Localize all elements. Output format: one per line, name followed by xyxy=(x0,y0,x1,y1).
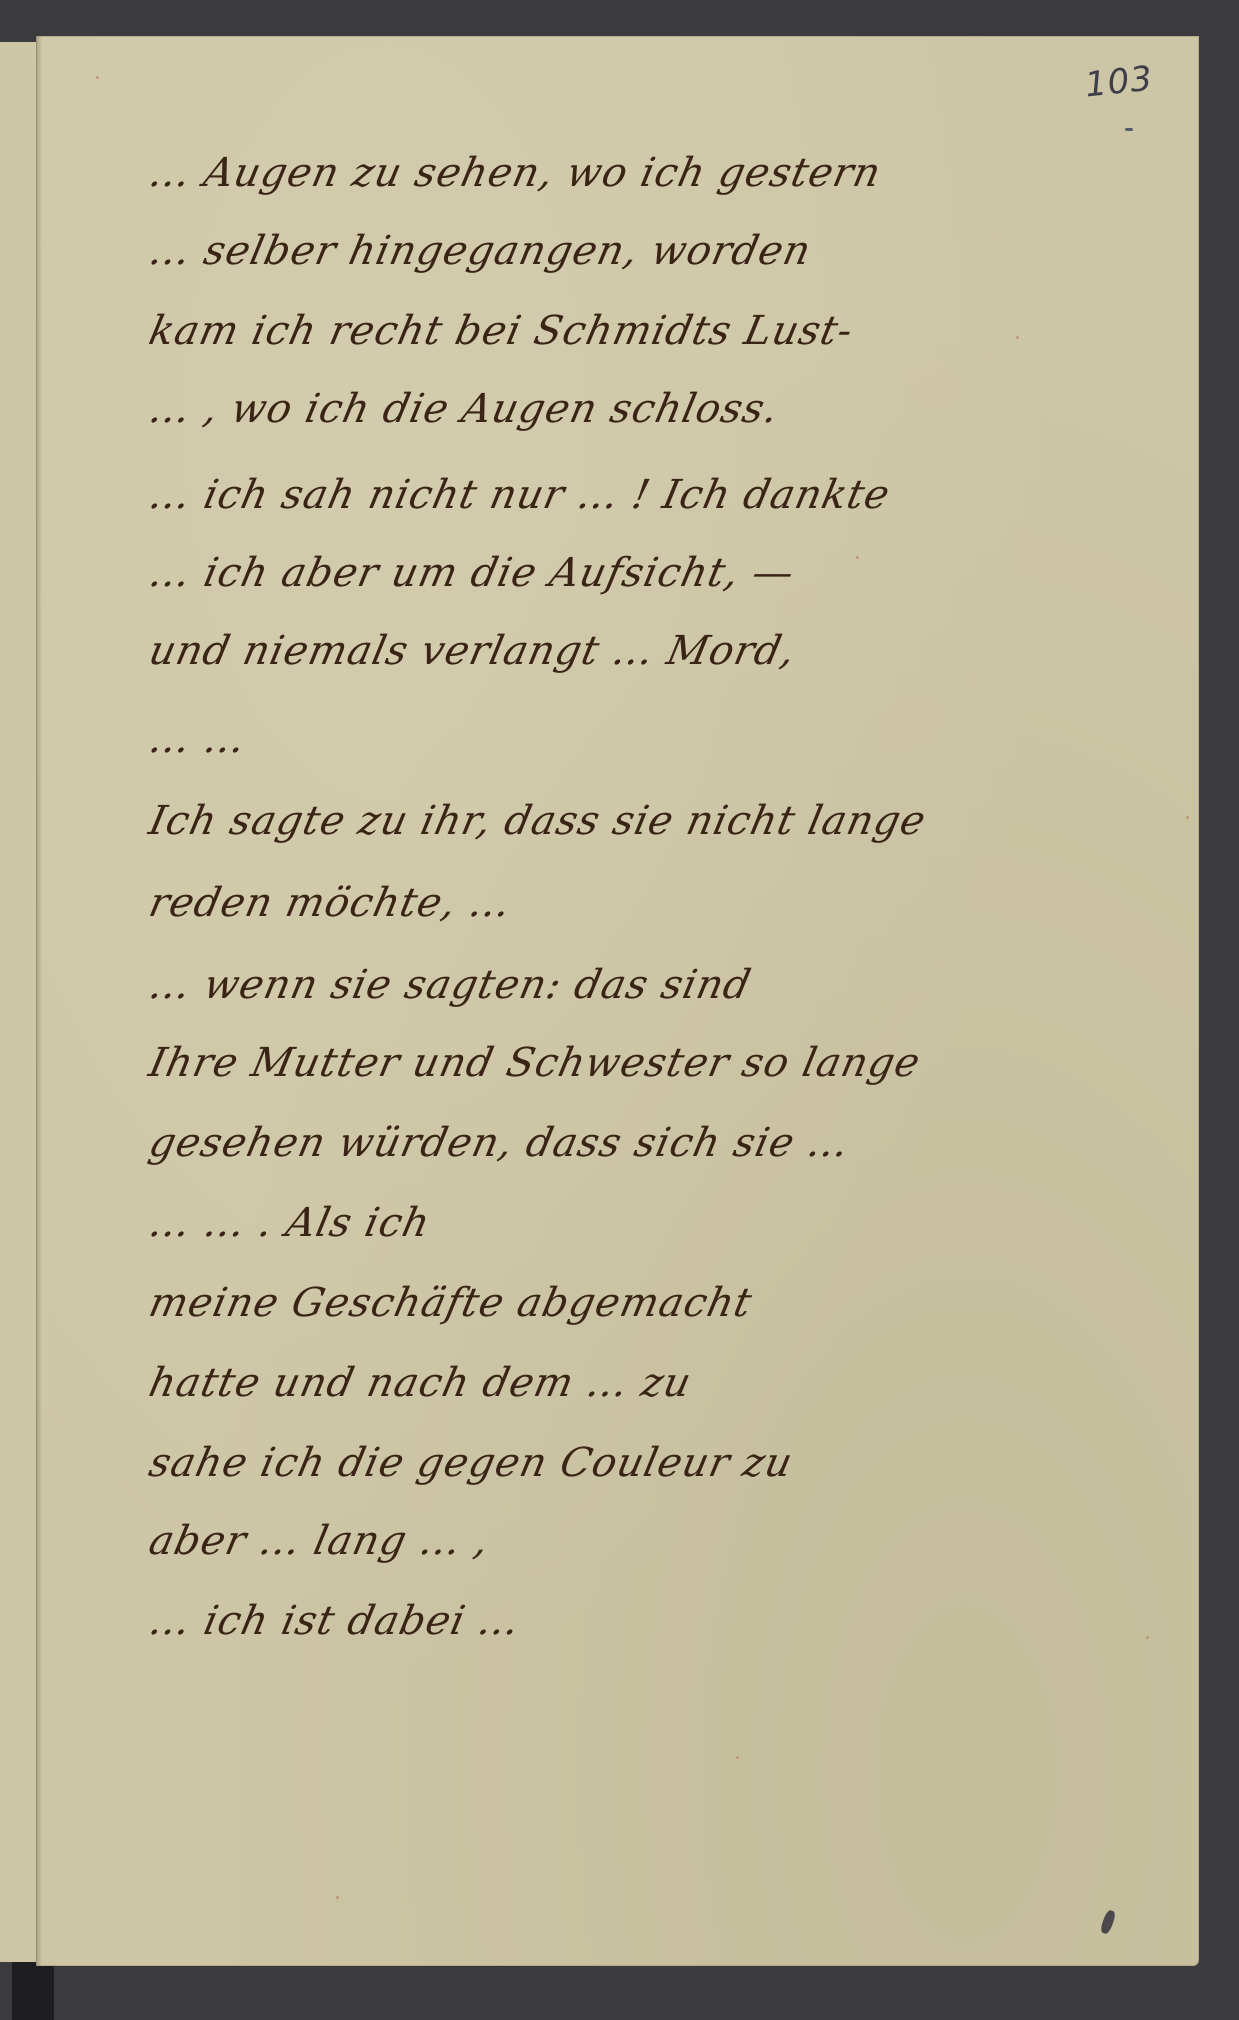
paper-speck xyxy=(1186,816,1189,819)
text-line: und niemals verlangt … Mord, xyxy=(145,628,800,674)
text-line: … wenn sie sagten: das sind xyxy=(145,962,755,1008)
text-line: … Augen zu sehen, wo ich gestern xyxy=(145,150,885,196)
facing-page-edge xyxy=(0,42,37,1962)
paper-speck xyxy=(1146,1636,1149,1639)
text-line: … ich sah nicht nur … ! Ich dankte xyxy=(145,472,894,518)
text-line: meine Geschäfte abgemacht xyxy=(145,1280,756,1326)
text-line: kam ich recht bei Schmidts Lust- xyxy=(145,308,857,354)
text-line: … … xyxy=(145,716,250,762)
text-line: Ich sagte zu ihr, dass sie nicht lange xyxy=(145,798,930,844)
text-line: aber … lang … , xyxy=(145,1518,494,1564)
text-line: … , wo ich die Augen schloss. xyxy=(145,386,783,432)
paper-speck xyxy=(856,556,859,559)
paper-speck xyxy=(96,76,99,79)
text-line: … selber hingegangen, worden xyxy=(145,228,815,274)
paper-speck xyxy=(736,1756,739,1759)
text-line: hatte und nach dem … zu xyxy=(145,1360,696,1406)
text-line: reden möchte, … xyxy=(145,880,516,926)
text-line: gesehen würden, dass sich sie … xyxy=(145,1120,854,1166)
pencil-mark xyxy=(1125,128,1133,131)
text-line: sahe ich die gegen Couleur zu xyxy=(145,1440,797,1486)
text-line: … … . Als ich xyxy=(145,1200,435,1246)
text-line: … ich ist dabei … xyxy=(145,1598,525,1644)
binding-gutter xyxy=(12,1960,54,2020)
text-line: … ich aber um die Aufsicht, — xyxy=(145,550,799,596)
text-line: Ihre Mutter und Schwester so lange xyxy=(145,1040,925,1086)
folio-number: 103 xyxy=(1083,59,1155,106)
paper-speck xyxy=(1016,336,1019,339)
paper-speck xyxy=(336,1896,339,1899)
